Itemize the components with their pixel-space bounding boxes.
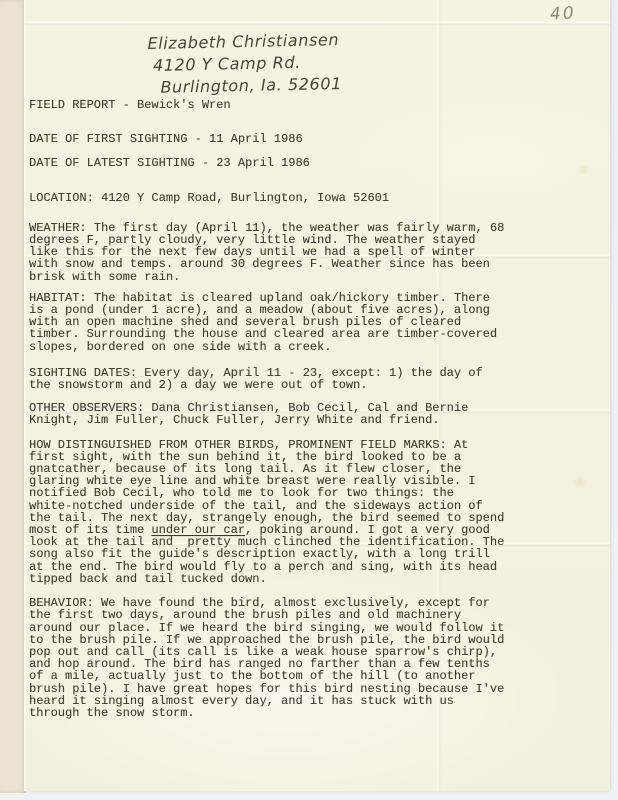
scanned-document: 40 Elizabeth Christiansen 4120 Y Camp Rd… xyxy=(0,0,618,800)
other-observers-paragraph: OTHER OBSERVERS: Dana Christiansen, Bob … xyxy=(29,402,557,426)
date-first-sighting: DATE OF FIRST SIGHTING - 11 April 1986 xyxy=(29,133,557,145)
location-line: LOCATION: 4120 Y Camp Road, Burlington, … xyxy=(29,192,557,204)
field-marks-paragraph: HOW DISTINGUISHED FROM OTHER BIRDS, PROM… xyxy=(29,439,557,585)
handwritten-city: Burlington, Ia. 52601 xyxy=(160,73,342,99)
report-page: 40 Elizabeth Christiansen 4120 Y Camp Rd… xyxy=(24,0,610,791)
scan-backing-sheet xyxy=(0,0,26,793)
typed-report-body: FIELD REPORT - Bewick's Wren DATE OF FIR… xyxy=(29,99,557,719)
report-title: FIELD REPORT - Bewick's Wren xyxy=(29,99,557,111)
fold-crease-top xyxy=(24,20,610,26)
page-number-annotation: 40 xyxy=(549,3,576,24)
handwritten-name: Elizabeth Christiansen xyxy=(147,29,341,55)
sighting-dates-paragraph: SIGHTING DATES: Every day, April 11 - 23… xyxy=(29,367,557,391)
behavior-paragraph: BEHAVIOR: We have found the bird, almost… xyxy=(29,597,557,719)
date-latest-sighting: DATE OF LATEST SIGHTING - 23 April 1986 xyxy=(29,157,557,169)
weather-paragraph: WEATHER: The first day (April 11), the w… xyxy=(29,222,557,283)
habitat-paragraph: HABITAT: The habitat is cleared upland o… xyxy=(29,292,557,353)
handwritten-address: Elizabeth Christiansen 4120 Y Camp Rd. B… xyxy=(147,29,342,99)
